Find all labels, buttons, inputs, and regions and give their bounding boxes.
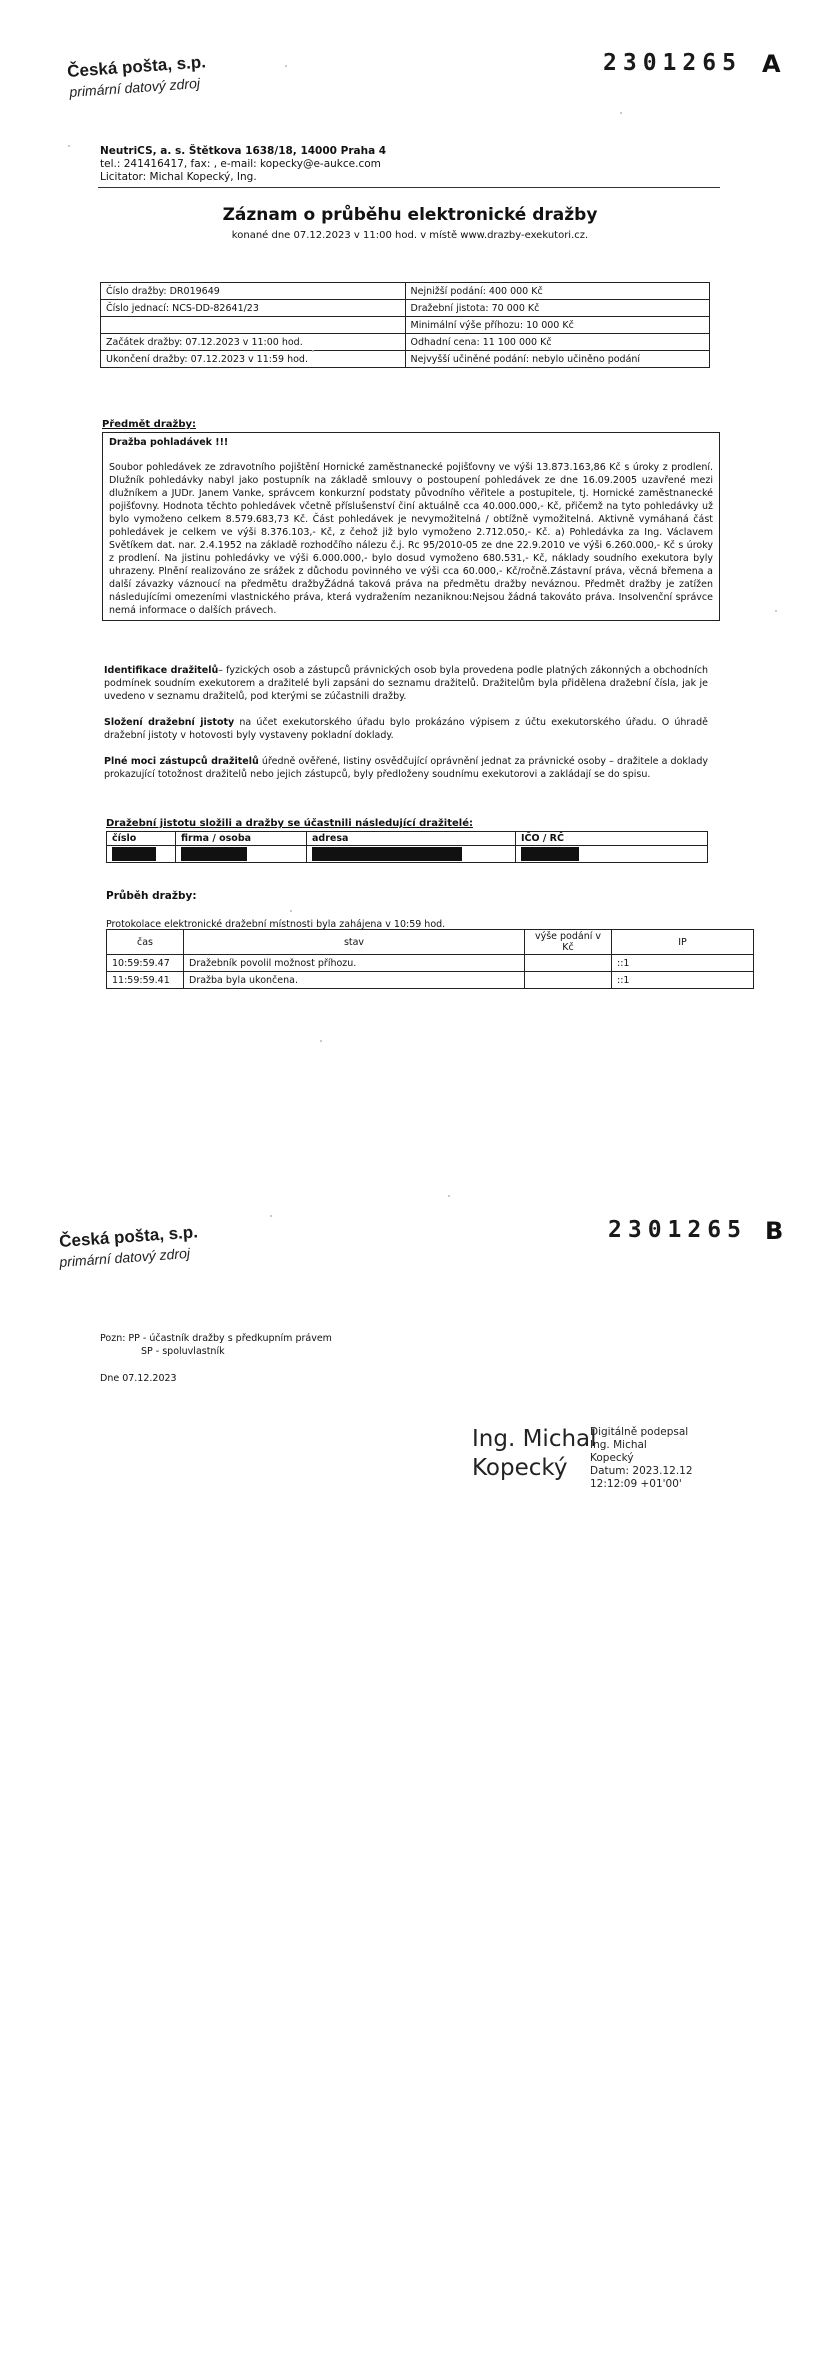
progress-row: 11:59:59.41Dražba byla ukončena.::1 — [107, 972, 754, 989]
info-row: Minimální výše příhozu: 10 000 Kč — [101, 317, 710, 334]
bidders-col-header: číslo — [107, 832, 176, 846]
subject-heading: Dražba pohladávek !!! — [109, 436, 713, 449]
paragraph-poa-bold: Plné moci zástupců dražitelů — [104, 756, 259, 767]
note-pp: Pozn: PP - účastník dražby s předkupním … — [100, 1332, 332, 1345]
page-subtitle: konané dne 07.12.2023 v 11:00 hod. v mís… — [0, 230, 820, 241]
redaction-block — [181, 847, 247, 861]
document-number-2: 2301265 — [608, 1217, 747, 1243]
signature-info-line: Kopecký — [590, 1452, 693, 1465]
redaction-block — [112, 847, 156, 861]
signature-info-line: Datum: 2023.12.12 — [590, 1465, 693, 1478]
signature-info-line: Digitálně podepsal — [590, 1426, 693, 1439]
progress-label: Průběh dražby: — [106, 890, 197, 902]
note-sp: SP - spoluvlastník — [141, 1345, 225, 1358]
bidders-col-header: IČO / RČ — [516, 832, 708, 846]
signature-info-line: 12:12:09 +01'00' — [590, 1478, 693, 1491]
progress-cell: Dražebník povolil možnost příhozu. — [184, 955, 525, 972]
info-cell-right: Nejvyšší učiněné podání: nebylo učiněno … — [405, 351, 710, 368]
info-cell-left: Ukončení dražby: 07.12.2023 v 11:59 hod. — [101, 351, 406, 368]
auction-info-table: Číslo dražby: DR019649Nejnižší podání: 4… — [100, 282, 710, 368]
header-divider — [98, 187, 720, 188]
company-address: NeutriCS, a. s. Štětkova 1638/18, 14000 … — [100, 145, 386, 158]
bidder-row — [107, 846, 708, 863]
company-header: NeutriCS, a. s. Štětkova 1638/18, 14000 … — [100, 145, 386, 184]
progress-cell — [525, 955, 612, 972]
bidders-col-header: adresa — [307, 832, 516, 846]
document-number: 2301265 — [603, 50, 742, 76]
progress-cell: 11:59:59.41 — [107, 972, 184, 989]
paragraph-identification: Identifikace dražitelů– fyzických osob a… — [104, 664, 708, 703]
progress-cell: Dražba byla ukončena. — [184, 972, 525, 989]
subject-label: Předmět dražby: — [102, 419, 196, 430]
subject-text: Soubor pohledávek ze zdravotního pojiště… — [109, 461, 713, 617]
info-row: Číslo jednací: NCS-DD-82641/23Dražební j… — [101, 300, 710, 317]
digital-signature-info: Digitálně podepsalIng. MichalKopeckýDatu… — [590, 1426, 693, 1491]
redaction-block — [521, 847, 579, 861]
progress-table: časstavvýše podání v KčIP 10:59:59.47Dra… — [106, 929, 754, 989]
info-cell-left: Začátek dražby: 07.12.2023 v 11:00 hod. — [101, 334, 406, 351]
info-cell-right: Dražební jistota: 70 000 Kč — [405, 300, 710, 317]
signature-name-line1: Ing. Michal — [472, 1425, 597, 1454]
info-cell-left: Číslo dražby: DR019649 — [101, 283, 406, 300]
bidder-cell — [307, 846, 516, 863]
progress-cell: ::1 — [612, 955, 754, 972]
redaction-block — [312, 847, 462, 861]
info-cell-left — [101, 317, 406, 334]
info-row: Číslo dražby: DR019649Nejnižší podání: 4… — [101, 283, 710, 300]
info-cell-right: Odhadní cena: 11 100 000 Kč — [405, 334, 710, 351]
info-cell-left: Číslo jednací: NCS-DD-82641/23 — [101, 300, 406, 317]
signature-name-line2: Kopecký — [472, 1454, 597, 1483]
bidders-col-header: firma / osoba — [176, 832, 307, 846]
subject-box: Dražba pohladávek !!! Soubor pohledávek … — [102, 432, 720, 621]
paragraph-deposit: Složení dražební jistoty na účet exekuto… — [104, 716, 708, 742]
bidders-table: číslofirma / osobaadresaIČO / RČ — [106, 831, 708, 863]
page-title: Záznam o průběhu elektronické dražby — [0, 205, 820, 225]
signature-info-line: Ing. Michal — [590, 1439, 693, 1452]
bidders-label: Dražební jistotu složili a dražby se úča… — [106, 818, 473, 829]
document-letter-2: B — [765, 1217, 783, 1245]
progress-cell — [525, 972, 612, 989]
progress-col-header: výše podání v Kč — [525, 930, 612, 955]
paragraphs: Identifikace dražitelů– fyzických osob a… — [104, 664, 708, 781]
info-row: Ukončení dražby: 07.12.2023 v 11:59 hod.… — [101, 351, 710, 368]
company-licitator: Licitator: Michal Kopecký, Ing. — [100, 171, 386, 184]
progress-col-header: čas — [107, 930, 184, 955]
progress-row: 10:59:59.47Dražebník povolil možnost pří… — [107, 955, 754, 972]
bidder-cell — [176, 846, 307, 863]
paragraph-power-of-attorney: Plné moci zástupců dražitelů úředně ověř… — [104, 755, 708, 781]
signature-date: Dne 07.12.2023 — [100, 1372, 177, 1385]
progress-cell: ::1 — [612, 972, 754, 989]
document-letter: A — [762, 50, 781, 78]
info-row: Začátek dražby: 07.12.2023 v 11:00 hod.O… — [101, 334, 710, 351]
progress-col-header: IP — [612, 930, 754, 955]
paragraph-deposit-bold: Složení dražební jistoty — [104, 717, 234, 728]
paragraph-identification-bold: Identifikace dražitelů — [104, 665, 218, 676]
info-cell-right: Minimální výše příhozu: 10 000 Kč — [405, 317, 710, 334]
progress-col-header: stav — [184, 930, 525, 955]
bidder-cell — [107, 846, 176, 863]
signature-name: Ing. Michal Kopecký — [472, 1425, 597, 1483]
progress-cell: 10:59:59.47 — [107, 955, 184, 972]
bidder-cell — [516, 846, 708, 863]
company-contact: tel.: 241416417, fax: , e-mail: kopecky@… — [100, 158, 386, 171]
info-cell-right: Nejnižší podání: 400 000 Kč — [405, 283, 710, 300]
